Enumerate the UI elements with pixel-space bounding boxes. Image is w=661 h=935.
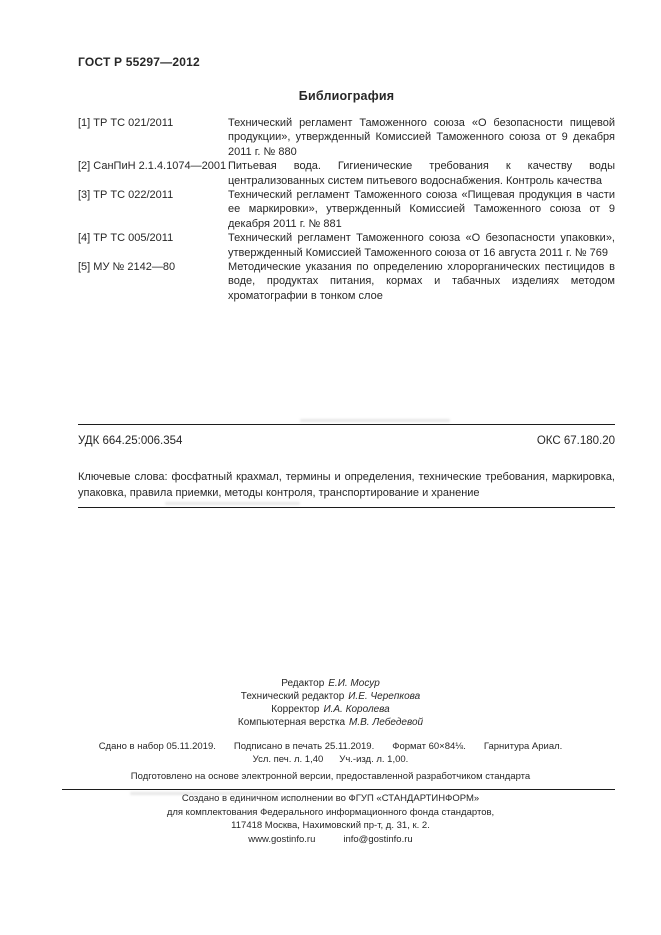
keywords-paragraph: Ключевые слова: фосфатный крахмал, терми…: [78, 469, 615, 501]
credit-name: Е.И. Мосур: [328, 678, 380, 689]
bibliography-ref: [1] ТР ТС 021/2011: [78, 116, 228, 159]
bibliography-text: Питьевая вода. Гигиенические требования …: [228, 159, 615, 188]
imprint-printed-sheets: Усл. печ. л. 1,40: [253, 754, 324, 765]
horizontal-rule-top: [78, 424, 615, 425]
credit-line: КорректорИ.А. Королева: [0, 703, 661, 716]
bibliography-entry: [5] МУ № 2142—80 Методические указания п…: [78, 260, 615, 303]
bibliography-list: [1] ТР ТС 021/2011 Технический регламент…: [78, 116, 615, 303]
imprint-typeface: Гарнитура Ариал.: [484, 741, 562, 752]
imprint-set-date: Сдано в набор 05.11.2019.: [99, 741, 216, 752]
bibliography-entry: [2] СанПиН 2.1.4.1074—2001 Питьевая вода…: [78, 159, 615, 188]
publisher-line-1: Создано в единичном исполнении во ФГУП «…: [0, 792, 661, 806]
imprint-format: Формат 60×84⅛.: [392, 741, 466, 752]
horizontal-rule-middle: [78, 507, 615, 508]
credits-block: РедакторЕ.И. Мосур Технический редакторИ…: [0, 677, 661, 729]
credit-name: М.В. Лебедевой: [349, 717, 423, 728]
credit-name: И.Е. Черепкова: [348, 691, 420, 702]
credit-line: Технический редакторИ.Е. Черепкова: [0, 690, 661, 703]
bibliography-entry: [3] ТР ТС 022/2011 Технический регламент…: [78, 188, 615, 231]
publisher-contacts: www.gostinfo.ruinfo@gostinfo.ru: [0, 833, 661, 847]
imprint-publishing-sheets: Уч.-изд. л. 1,00.: [339, 754, 408, 765]
publisher-line-2: для комплектования Федерального информац…: [0, 806, 661, 820]
doc-number: ГОСТ Р 55297—2012: [78, 55, 200, 69]
publisher-block: Создано в единичном исполнении во ФГУП «…: [0, 792, 661, 846]
publisher-address: 117418 Москва, Нахимовский пр-т, д. 31, …: [0, 819, 661, 833]
credit-line: РедакторЕ.И. Мосур: [0, 677, 661, 690]
scan-artifact: [165, 502, 300, 505]
section-title: Библиография: [78, 89, 615, 103]
bibliography-ref: [5] МУ № 2142—80: [78, 260, 228, 303]
bibliography-entry: [4] ТР ТС 005/2011 Технический регламент…: [78, 231, 615, 260]
bibliography-ref: [3] ТР ТС 022/2011: [78, 188, 228, 231]
bibliography-text: Методические указания по определению хло…: [228, 260, 615, 303]
scan-artifact: [300, 419, 450, 422]
bibliography-ref: [2] СанПиН 2.1.4.1074—2001: [78, 159, 228, 188]
publisher-website: www.gostinfo.ru: [248, 834, 315, 845]
imprint-line-2: Усл. печ. л. 1,40Уч.-изд. л. 1,00.: [0, 754, 661, 765]
document-page: ГОСТ Р 55297—2012 Библиография [1] ТР ТС…: [0, 0, 661, 935]
credit-role: Редактор: [281, 678, 324, 689]
credit-role: Компьютерная верстка: [238, 717, 345, 728]
publisher-email: info@gostinfo.ru: [343, 834, 412, 845]
bibliography-ref: [4] ТР ТС 005/2011: [78, 231, 228, 260]
bibliography-entry: [1] ТР ТС 021/2011 Технический регламент…: [78, 116, 615, 159]
udk-code: УДК 664.25:006.354: [78, 435, 182, 447]
credit-name: И.А. Королева: [323, 704, 389, 715]
bibliography-text: Технический регламент Таможенного союза …: [228, 116, 615, 159]
credit-line: Компьютерная версткаМ.В. Лебедевой: [0, 716, 661, 729]
credit-role: Технический редактор: [241, 691, 344, 702]
oks-code: ОКС 67.180.20: [537, 435, 615, 447]
horizontal-rule-bottom: [62, 789, 615, 790]
imprint-print-date: Подписано в печать 25.11.2019.: [234, 741, 374, 752]
imprint-line-1: Сдано в набор 05.11.2019.Подписано в печ…: [0, 741, 661, 752]
credit-role: Корректор: [271, 704, 319, 715]
classification-row: УДК 664.25:006.354 ОКС 67.180.20: [78, 435, 615, 447]
bibliography-text: Технический регламент Таможенного союза …: [228, 231, 615, 260]
imprint-note: Подготовлено на основе электронной верси…: [0, 771, 661, 782]
bibliography-text: Технический регламент Таможенного союза …: [228, 188, 615, 231]
